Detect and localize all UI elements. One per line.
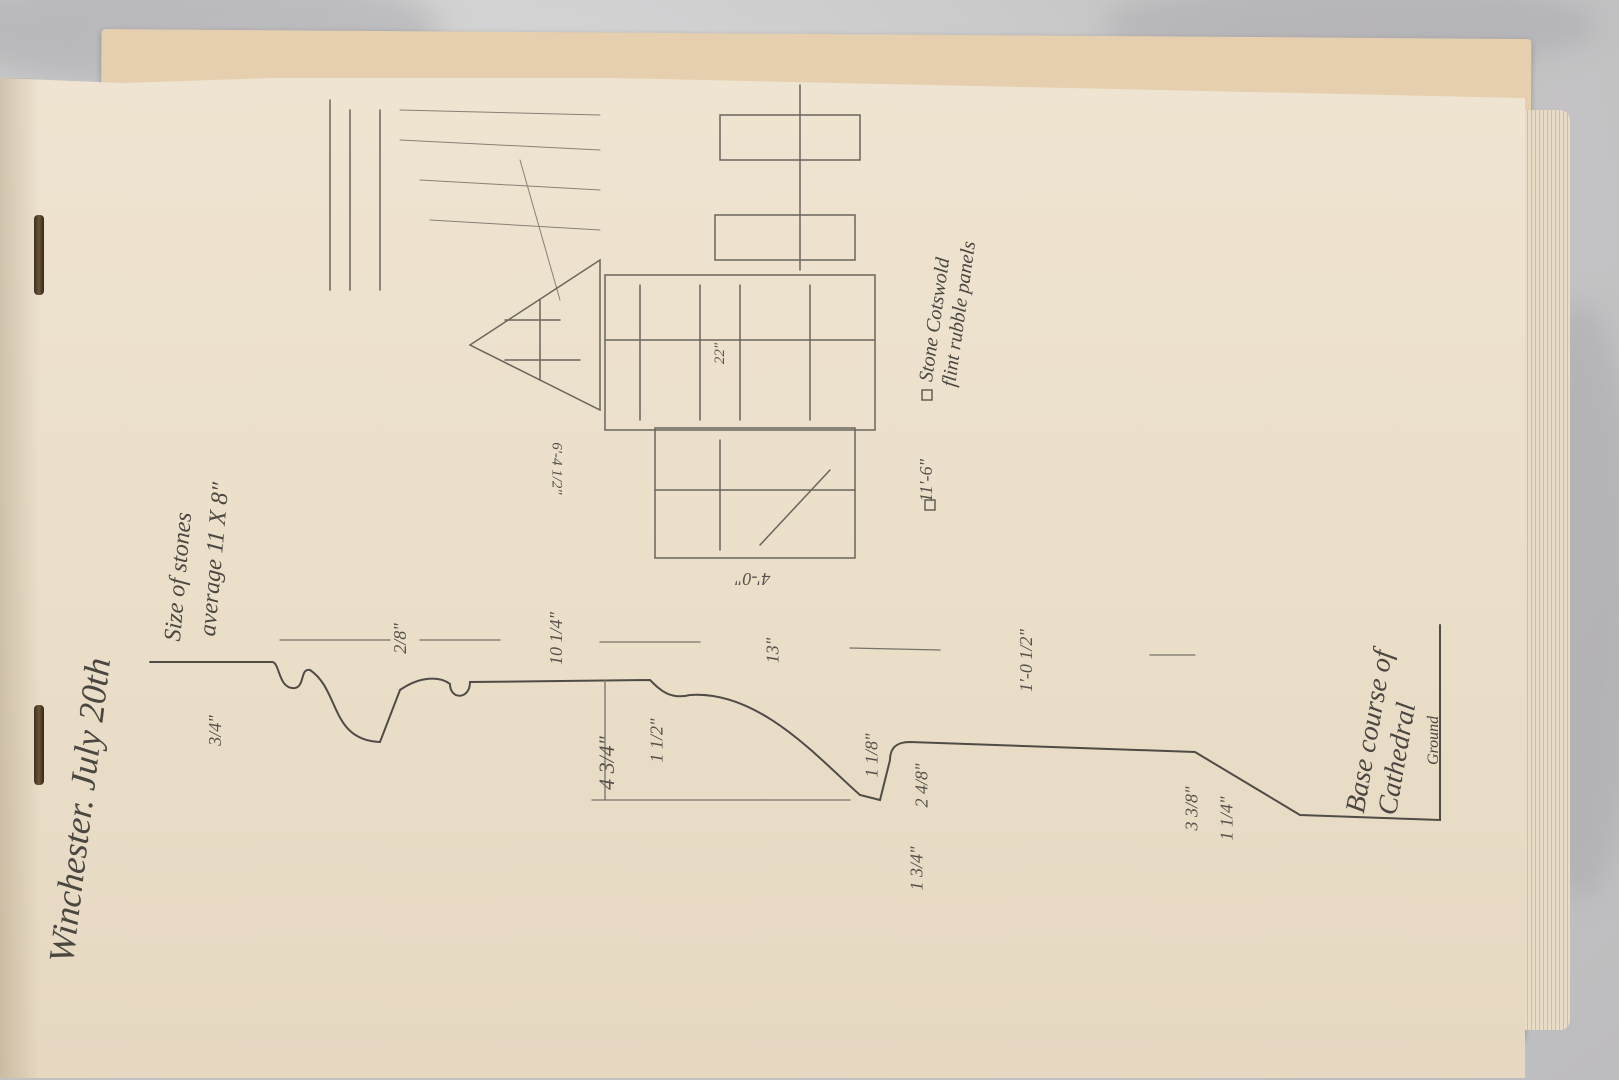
dimension-label: 10 1/4"	[546, 612, 567, 665]
dimension-label: 1 1/2"	[647, 718, 668, 762]
dimension-label: 3 3/8"	[1182, 786, 1203, 830]
pencil-sketch	[0, 0, 1619, 1080]
dimension-label: 22"	[712, 343, 729, 364]
dimension-label: 1 1/8"	[862, 733, 883, 777]
dimension-label: 1 3/4"	[907, 846, 928, 890]
dimension-label: 11'-6"	[916, 459, 937, 502]
dimension-label: 4 3/4"	[594, 736, 620, 790]
dimension-label: 2 4/8"	[912, 763, 933, 807]
ground-label: Ground	[1425, 716, 1443, 765]
dimension-label: 3/4"	[205, 715, 226, 746]
molding-profile-line	[150, 625, 1440, 820]
dimension-label: 1 1/4"	[1217, 796, 1238, 840]
dimension-label: 13"	[762, 638, 783, 664]
dimension-label: 4'-0"	[735, 568, 770, 589]
pinnacle-lower	[715, 215, 855, 260]
dimension-label: 1'-0 1/2"	[1016, 629, 1037, 692]
elevation-lower-panel	[655, 428, 855, 558]
elevation-gable	[470, 260, 600, 410]
dimension-label: 6'-4 1/2"	[548, 442, 565, 494]
dimension-label: 2/8"	[390, 623, 411, 654]
pinnacle-upper	[720, 115, 860, 160]
